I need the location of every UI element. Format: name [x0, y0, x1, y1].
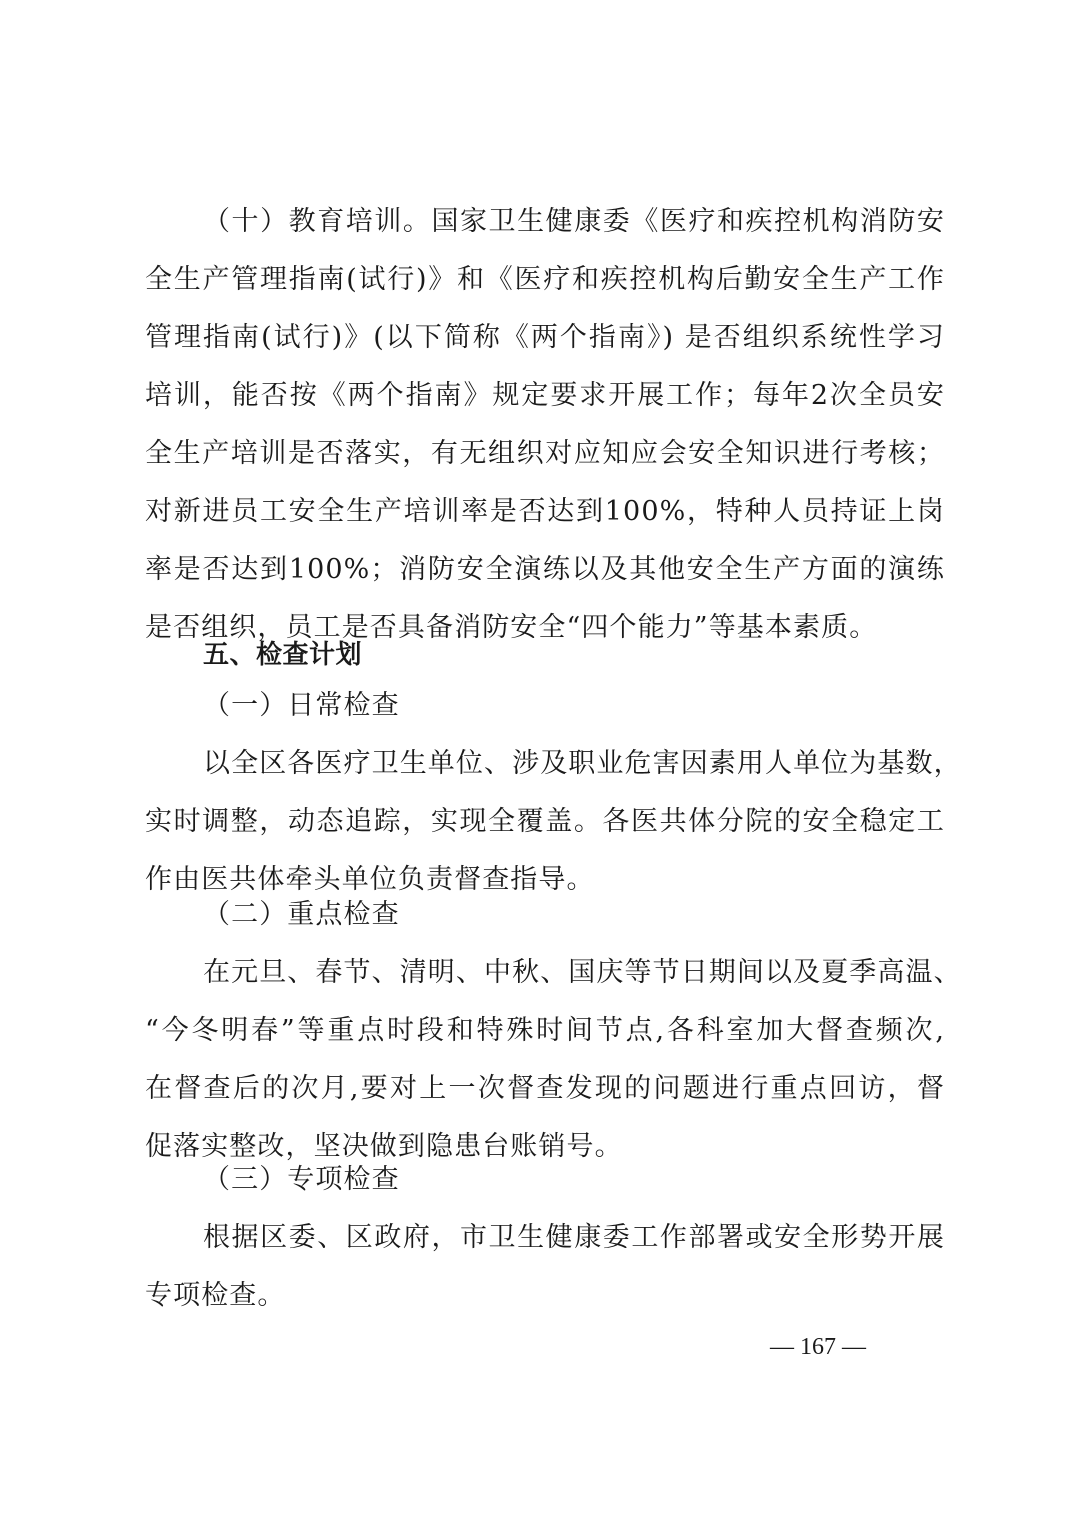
paragraph-line: 在督查后的次月,要对上一次督查发现的问题进行重点回访，督	[145, 1069, 945, 1109]
paragraph-line: 专项检查。	[145, 1276, 945, 1316]
paragraph-line: 培训，能否按《两个指南》规定要求开展工作；每年2次全员安	[145, 376, 945, 416]
paragraph-line: 管理指南(试行)》(以下简称《两个指南》) 是否组织系统性学习	[145, 318, 945, 358]
page-number: — 167 —	[770, 1327, 890, 1367]
paragraph-line: 实时调整，动态追踪，实现全覆盖。各医共体分院的安全稳定工	[145, 802, 945, 842]
paragraph-line: 在元旦、春节、清明、中秋、国庆等节日期间以及夏季高温、	[203, 953, 945, 993]
subsection-title: （一）日常检查	[203, 686, 945, 726]
paragraph-line: 作由医共体牵头单位负责督查指导。	[145, 860, 945, 900]
paragraph-line: 全生产管理指南(试行)》和《医疗和疾控机构后勤安全生产工作	[145, 260, 945, 300]
paragraph-line: （十）教育培训。国家卫生健康委《医疗和疾控机构消防安	[203, 202, 945, 242]
subsection-title: （三）专项检查	[203, 1160, 945, 1200]
section-heading: 五、检查计划	[203, 635, 945, 675]
paragraph-line: 以全区各医疗卫生单位、涉及职业危害因素用人单位为基数，	[203, 744, 945, 784]
paragraph-line: 对新进员工安全生产培训率是否达到100%，特种人员持证上岗	[145, 492, 945, 532]
paragraph-line: 率是否达到100%；消防安全演练以及其他安全生产方面的演练	[145, 550, 945, 590]
subsection-title: （二）重点检查	[203, 895, 945, 935]
paragraph-line: 全生产培训是否落实，有无组织对应知应会安全知识进行考核；	[145, 434, 945, 474]
document-page: （十）教育培训。国家卫生健康委《医疗和疾控机构消防安 全生产管理指南(试行)》和…	[0, 0, 1074, 1520]
paragraph-line: 根据区委、区政府，市卫生健康委工作部署或安全形势开展	[203, 1218, 945, 1258]
paragraph-line: “今冬明春”等重点时段和特殊时间节点,各科室加大督查频次,	[145, 1011, 945, 1051]
